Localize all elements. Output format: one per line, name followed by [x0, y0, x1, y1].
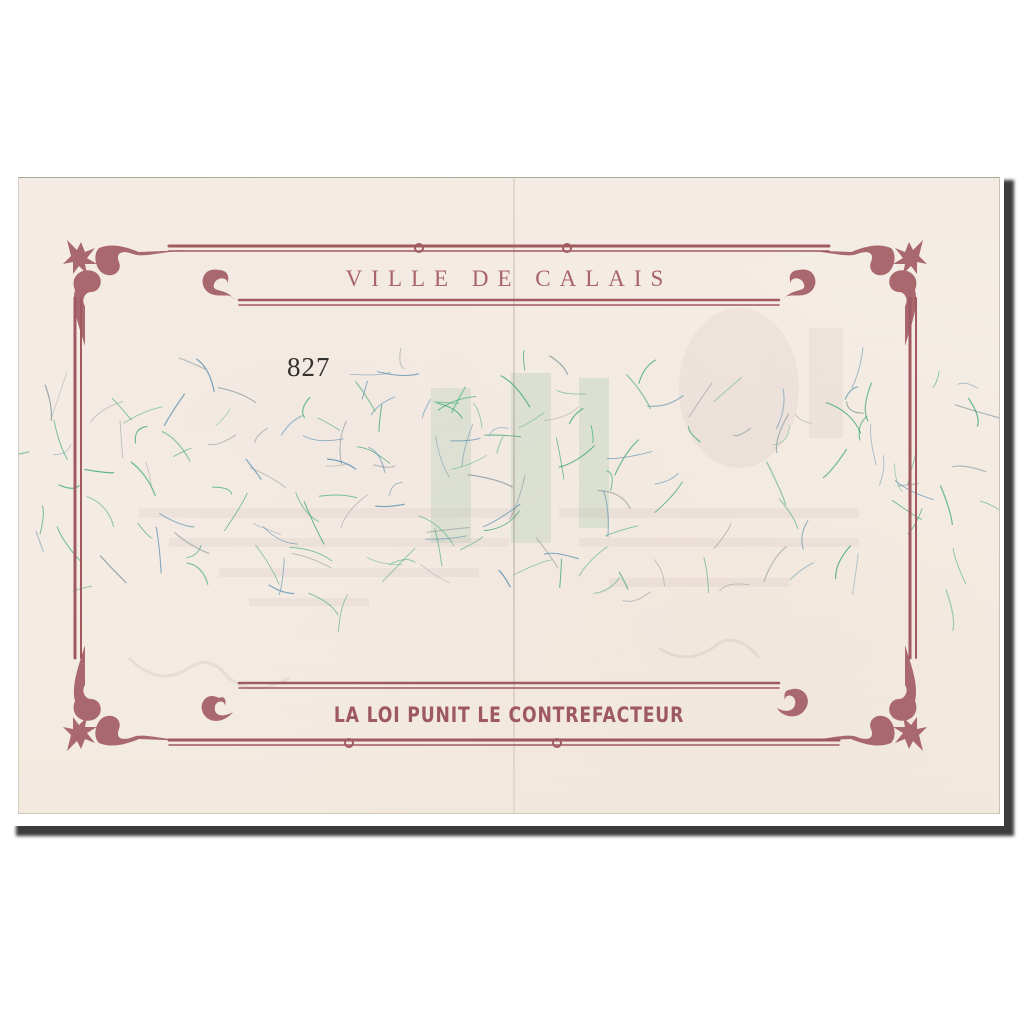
banknote: VILLE DE CALAIS 827 LA LOI PUNIT LE CONT… — [18, 177, 1000, 814]
issuer-title: VILLE DE CALAIS — [259, 266, 759, 292]
serial-number: 827 — [287, 352, 331, 383]
counterfeit-warning: LA LOI PUNIT LE CONTREFACTEUR — [288, 703, 731, 727]
